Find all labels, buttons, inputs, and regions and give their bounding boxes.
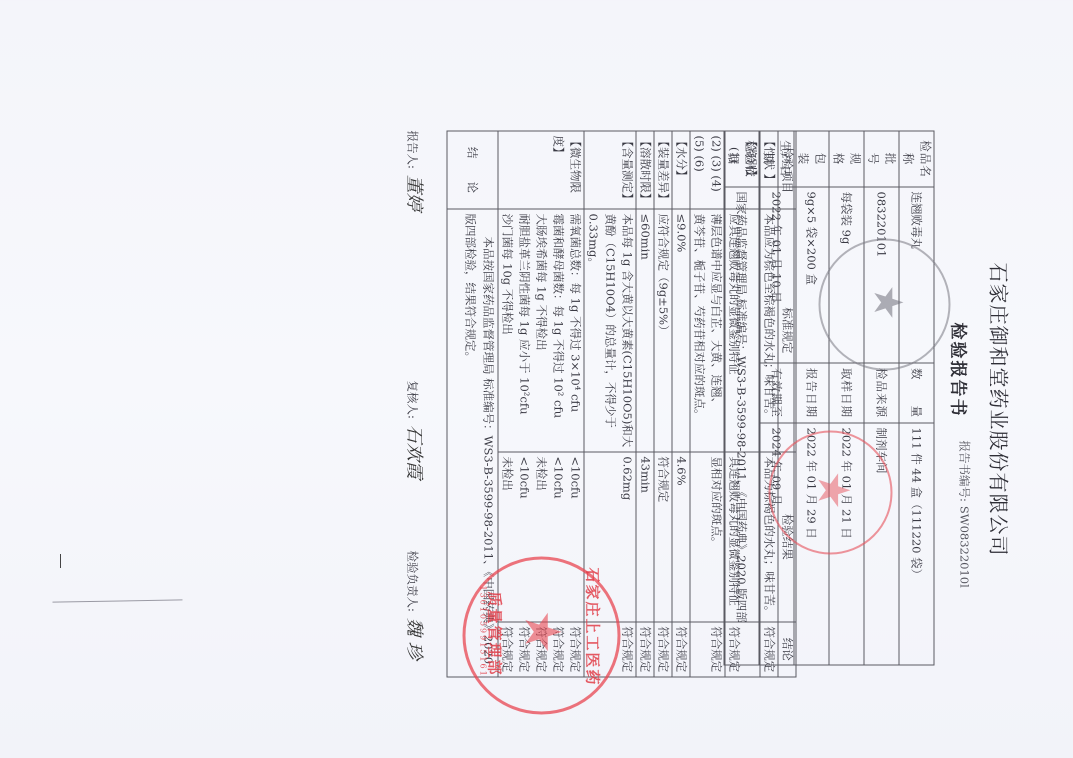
cell-line: 度】 <box>550 136 567 205</box>
cell-line: 本品应为棕色至棕褐色的水丸；味甘苦。 <box>761 214 778 448</box>
cell-line <box>743 214 760 448</box>
test-item: 【含量测定】 <box>584 131 636 209</box>
test-item-row: 【性状 】本品应为棕色至棕褐色的水丸；味甘苦。本品为棕褐色的水丸；味甘苦。符合规… <box>760 131 778 677</box>
test-standard: 应符合规定（9g±5%） <box>654 209 672 452</box>
cell-line: 符合规定 <box>533 626 550 672</box>
report-number-label: 报告书编号: <box>958 441 972 502</box>
cell-line: <10cfu <box>516 456 533 617</box>
cell-line: <10cfu <box>550 456 567 617</box>
test-item-row: 【鉴别】 (1) 应具连翘败毒丸的显微鉴别特征 具连翘败毒丸的显微鉴别特征 符合… <box>725 131 760 677</box>
test-result: 43min <box>636 452 654 622</box>
cell-line: 符合规定 <box>726 626 743 672</box>
test-conclusion: 符合规定符合规定符合规定符合规定符合规定 <box>498 622 584 677</box>
test-item-row: (2) (3) (4)(5) (6)薄层色谱中应显与白芷、大黄、连翘、黄芩苷、栀… <box>690 131 725 677</box>
cell-line: 未检出 <box>533 456 550 617</box>
test-item: 【性状 】 <box>760 131 778 209</box>
test-result: 4.6% <box>672 452 690 622</box>
document-title: 检验报告书 <box>948 323 973 418</box>
test-items-table: 检验项目标准规定检验结果结论【性状 】本品应为棕色至棕褐色的水丸；味甘苦。本品为… <box>447 131 797 678</box>
conclusion-row: 结 论本品按国家药品监督管理局 标准编号：WS3-B-3599-98-2011、… <box>447 131 498 677</box>
test-standard: 薄层色谱中应显与白芷、大黄、连翘、黄芩苷、栀子苷、芍药苷相对应的斑点。 <box>690 209 725 452</box>
cell-line: 本品为棕褐色的水丸；味甘苦。 <box>761 456 778 617</box>
info-value: 083220101 <box>864 187 899 363</box>
scan-edge-line <box>53 599 183 602</box>
test-item-row: 【含量测定】本品每 1g 含大黄以大黄素(C15H10O5)和大黄酚（C15H1… <box>584 131 636 677</box>
reviewer-label: 复核人: <box>406 381 420 419</box>
cell-line: 【溶散时限】 <box>637 136 654 205</box>
info-value: 111 件 44 盒（111220 袋） <box>899 423 934 665</box>
cell-line: 符合规定 <box>708 626 725 672</box>
cell-line <box>602 626 619 672</box>
cell-line: 符合规定 <box>516 626 533 672</box>
test-item-row: 【水分】≤9.0%4.6%符合规定 <box>672 131 690 677</box>
test-standard: ≤60min <box>636 209 654 452</box>
test-result: 0.62mg <box>584 452 636 622</box>
scan-edge-tick <box>60 554 61 568</box>
test-result: 符合规定 <box>654 452 672 622</box>
test-item: (2) (3) (4)(5) (6) <box>690 131 725 209</box>
cell-line: 应具连翘败毒丸的显微鉴别特征 <box>726 214 743 448</box>
cell-line: 符合规定 <box>761 626 778 672</box>
info-label: 取样日期 <box>829 363 864 423</box>
test-conclusion: 符合规定 <box>672 622 690 677</box>
report-number: 报告书编号:SW08322010l <box>957 441 973 588</box>
reporter: 报告人:董婷 <box>403 131 429 211</box>
info-label: 批 号 <box>864 131 899 187</box>
info-row: 检品名称连翘败毒丸数 量111 件 44 盒（111220 袋） <box>899 131 934 665</box>
cell-line: 符合规定 <box>673 626 690 672</box>
test-result: 本品为棕褐色的水丸；味甘苦。 <box>760 452 778 622</box>
cell-line: 未检出 <box>499 456 516 617</box>
test-standard: 需氧菌总数：每 1g 不得过 3×10⁴ cfu霉菌和酵母菌数：每 1g 不得过… <box>498 209 584 452</box>
conclusion-text: 本品按国家药品监督管理局 标准编号：WS3-B-3599-98-2011、《中国… <box>447 209 498 677</box>
info-value: 2022 年 01 月 29 日 <box>794 423 829 665</box>
test-conclusion: 符合规定 <box>760 622 778 677</box>
cell-line: 符合规定 <box>637 626 654 672</box>
cell-line: 0.33mg。 <box>585 214 602 448</box>
cell-line: 【性状 】 <box>761 136 778 205</box>
cell-line <box>602 456 619 617</box>
test-standard: ≤9.0% <box>672 209 690 452</box>
info-value: 连翘败毒丸 <box>899 187 934 363</box>
reporter-label: 报告人: <box>406 131 420 169</box>
cell-line: 符合规定 <box>619 626 636 672</box>
info-row: 包 装9g×5 袋×200 盒报告日期2022 年 01 月 29 日 <box>794 131 829 665</box>
test-item: 【水分】 <box>672 131 690 209</box>
info-label: 报告日期 <box>794 363 829 423</box>
test-conclusion: 符合规定 <box>654 622 672 677</box>
test-item: 【鉴别】 (1) <box>725 131 760 209</box>
info-row: 规 格每袋装 9g取样日期2022 年 01 月 21 日 <box>829 131 864 665</box>
test-item: 【溶散时限】 <box>636 131 654 209</box>
cell-line: 黄酚（C15H10O4）的总量计，不得少于 <box>602 214 619 448</box>
info-label: 规 格 <box>829 131 864 187</box>
reporter-signature: 董婷 <box>404 175 425 211</box>
test-item-row: 【微生物限度】需氧菌总数：每 1g 不得过 3×10⁴ cfu霉菌和酵母菌数：每… <box>498 131 584 677</box>
cell-line: 【水分】 <box>673 136 690 205</box>
cell-line: 【装量差异】 <box>655 136 672 205</box>
cell-line: 【含量测定】 <box>619 136 636 205</box>
column-header: 检验项目 <box>778 131 796 209</box>
info-value: 每袋装 9g <box>829 187 864 363</box>
test-standard: 本品每 1g 含大黄以大黄素(C15H10O5)和大黄酚（C15H10O4）的总… <box>584 209 636 452</box>
test-result: 具连翘败毒丸的显微鉴别特征 <box>725 452 760 622</box>
test-item: 【微生物限度】 <box>498 131 584 209</box>
test-conclusion: 符合规定 <box>636 622 654 677</box>
cell-line: 【鉴别】 <box>743 136 760 205</box>
cell-line: ≤9.0% <box>673 214 690 448</box>
cell-line: (5) (6) <box>691 136 708 205</box>
cell-line: 霉菌和酵母菌数：每 1g 不得过 10² cfu <box>550 214 567 448</box>
info-value: 制剂车间 <box>864 423 899 665</box>
conclusion-label: 结 论 <box>447 131 498 209</box>
cell-line: 应符合规定（9g±5%） <box>655 214 672 448</box>
cell-line: 大肠埃希菌每 1g 不得检出 <box>533 214 550 448</box>
cell-line: (1) <box>726 136 743 205</box>
cell-line: 符合规定 <box>499 626 516 672</box>
column-header: 检验结果 <box>778 452 796 622</box>
cell-line <box>691 626 708 672</box>
test-item-row: 【装量差异】应符合规定（9g±5%）符合规定符合规定 <box>654 131 672 677</box>
cell-line <box>691 456 708 617</box>
cell-line: 43min <box>637 456 654 617</box>
info-label: 检品名称 <box>899 131 934 187</box>
cell-line: 符合规定 <box>655 456 672 617</box>
cell-line: ≤60min <box>637 214 654 448</box>
manager-signature: 魏 珍 <box>404 618 425 660</box>
cell-line: 本品每 1g 含大黄以大黄素(C15H10O5)和大 <box>619 214 636 448</box>
test-item: 【装量差异】 <box>654 131 672 209</box>
manager: 检验负责人:魏 珍 <box>403 551 429 660</box>
test-conclusion: 符合规定 <box>584 622 636 677</box>
company-name: 石家庄御和堂药业股份有限公司 <box>986 263 1015 557</box>
manager-label: 检验负责人: <box>406 551 420 612</box>
test-result: 显相对应的斑点。 <box>690 452 725 622</box>
cell-line: 黄芩苷、栀子苷、芍药苷相对应的斑点。 <box>691 214 708 448</box>
cell-line: 符合规定 <box>655 626 672 672</box>
cell-line <box>743 626 760 672</box>
info-label: 数 量 <box>899 363 934 423</box>
test-result: <10cfu<10cfu未检出<10cfu未检出 <box>498 452 584 622</box>
info-label: 检品来源 <box>864 363 899 423</box>
test-item-row: 【溶散时限】≤60min43min符合规定 <box>636 131 654 677</box>
test-standard: 本品应为棕色至棕褐色的水丸；味甘苦。 <box>760 209 778 452</box>
cell-line: 0.62mg <box>619 456 636 617</box>
cell-line: <10cfu <box>567 456 584 617</box>
inspection-report-page: 石家庄御和堂药业股份有限公司 检验报告书 报告书编号:SW08322010l 检… <box>0 1 1073 758</box>
cell-line <box>585 456 602 617</box>
cell-line: 符合规定 <box>550 626 567 672</box>
reviewer: 复核人:石欢霞 <box>403 381 429 479</box>
cell-line <box>585 626 602 672</box>
cell-line: 显相对应的斑点。 <box>708 456 725 617</box>
cell-line: 沙门菌每 10g 不得检出 <box>499 214 516 448</box>
info-value: 2022 年 01 月 21 日 <box>829 423 864 665</box>
cell-line: 薄层色谱中应显与白芷、大黄、连翘、 <box>708 214 725 448</box>
signature-row: 报告人:董婷 复核人:石欢霞 检验负责人:魏 珍 <box>399 131 429 666</box>
info-row: 批 号083220101检品来源制剂车间 <box>864 131 899 665</box>
info-value: 9g×5 袋×200 盒 <box>794 187 829 363</box>
cell-line: 需氧菌总数：每 1g 不得过 3×10⁴ cfu <box>567 214 584 448</box>
info-label: 包 装 <box>794 131 829 187</box>
column-header: 结论 <box>778 622 796 677</box>
column-header: 标准规定 <box>778 209 796 452</box>
test-conclusion: 符合规定 <box>690 622 725 677</box>
items-header-row: 检验项目标准规定检验结果结论 <box>778 131 796 677</box>
report-number-value: SW08322010l <box>958 506 972 588</box>
test-conclusion: 符合规定 <box>725 622 760 677</box>
cell-line: 符合规定 <box>567 626 584 672</box>
test-standard: 应具连翘败毒丸的显微鉴别特征 <box>725 209 760 452</box>
cell-line: 具连翘败毒丸的显微鉴别特征 <box>726 456 743 617</box>
cell-line: (2) (3) (4) <box>708 136 725 205</box>
cell-line: 耐胆盐革兰阴性菌每 1g 应小于 10²cfu <box>516 214 533 448</box>
cell-line: 【微生物限 <box>567 136 584 205</box>
cell-line: 4.6% <box>673 456 690 617</box>
reviewer-signature: 石欢霞 <box>404 425 425 479</box>
cell-line <box>743 456 760 617</box>
